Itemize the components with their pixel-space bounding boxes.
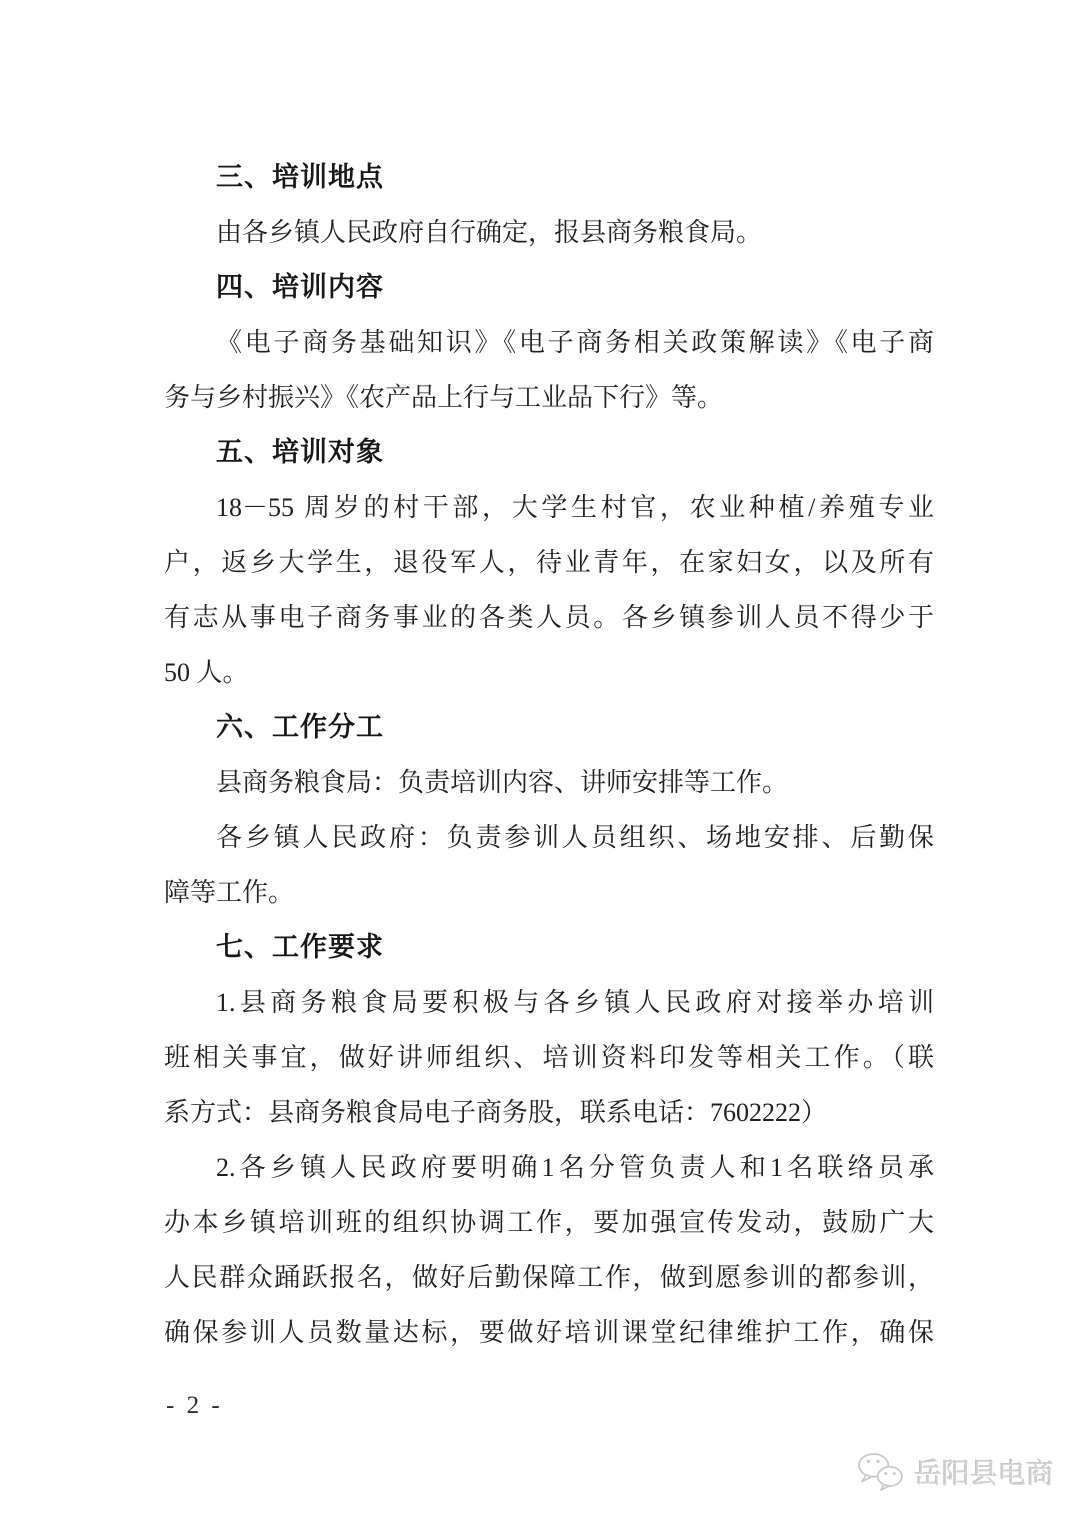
text-line: 确保参训人员数量达标，要做好培训课堂纪律维护工作，确保	[164, 1305, 934, 1360]
text-line: 1.县商务粮食局要积极与各乡镇人民政府对接举办培训	[164, 975, 934, 1030]
section-heading: 七、工作要求	[164, 920, 934, 975]
watermark-label: 岳阳县电商	[914, 1452, 1054, 1492]
text-line: 七、工作要求	[164, 920, 934, 975]
text-line: 由各乡镇人民政府自行确定，报县商务粮食局。	[164, 205, 934, 260]
text-line: 2.各乡镇人民政府要明确1名分管负责人和1名联络员承	[164, 1140, 934, 1195]
paragraph: 《电子商务基础知识》《电子商务相关政策解读》《电子商务与乡村振兴》《农产品上行与…	[164, 315, 934, 425]
text-line: 各乡镇人民政府：负责参训人员组织、场地安排、后勤保	[164, 810, 934, 865]
paragraph: 由各乡镇人民政府自行确定，报县商务粮食局。	[164, 205, 934, 260]
text-line: 六、工作分工	[164, 700, 934, 755]
section-heading: 三、培训地点	[164, 150, 934, 205]
section-heading: 四、培训内容	[164, 260, 934, 315]
paragraph: 2.各乡镇人民政府要明确1名分管负责人和1名联络员承办本乡镇培训班的组织协调工作…	[164, 1140, 934, 1360]
watermark: 岳阳县电商	[856, 1450, 1054, 1494]
text-line: 障等工作。	[164, 865, 934, 920]
paragraph: 1.县商务粮食局要积极与各乡镇人民政府对接举办培训班相关事宜，做好讲师组织、培训…	[164, 975, 934, 1140]
text-line: 三、培训地点	[164, 150, 934, 205]
text-line: 班相关事宜，做好讲师组织、培训资料印发等相关工作。（联	[164, 1030, 934, 1085]
text-line: 五、培训对象	[164, 425, 934, 480]
text-line: 有志从事电子商务事业的各类人员。各乡镇参训人员不得少于	[164, 590, 934, 645]
document-body: 三、培训地点由各乡镇人民政府自行确定，报县商务粮食局。四、培训内容《电子商务基础…	[164, 150, 934, 1360]
section-heading: 六、工作分工	[164, 700, 934, 755]
text-line: 人民群众踊跃报名，做好后勤保障工作，做到愿参训的都参训，	[164, 1250, 934, 1305]
paragraph: 18－55 周岁的村干部，大学生村官，农业种植/养殖专业户，返乡大学生，退役军人…	[164, 480, 934, 700]
text-line: 18－55 周岁的村干部，大学生村官，农业种植/养殖专业	[164, 480, 934, 535]
text-line: 县商务粮食局：负责培训内容、讲师安排等工作。	[164, 755, 934, 810]
text-line: 办本乡镇培训班的组织协调工作，要加强宣传发动，鼓励广大	[164, 1195, 934, 1250]
paragraph: 县商务粮食局：负责培训内容、讲师安排等工作。	[164, 755, 934, 810]
text-line: 四、培训内容	[164, 260, 934, 315]
text-line: 系方式：县商务粮食局电子商务股，联系电话：7602222）	[164, 1085, 934, 1140]
paragraph: 各乡镇人民政府：负责参训人员组织、场地安排、后勤保障等工作。	[164, 810, 934, 920]
wechat-icon	[856, 1450, 906, 1494]
text-line: 户，返乡大学生，退役军人，待业青年，在家妇女，以及所有	[164, 535, 934, 590]
document-page: 三、培训地点由各乡镇人民政府自行确定，报县商务粮食局。四、培训内容《电子商务基础…	[0, 0, 1080, 1526]
text-line: 务与乡村振兴》《农产品上行与工业品下行》等。	[164, 370, 934, 425]
section-heading: 五、培训对象	[164, 425, 934, 480]
page-number: - 2 -	[166, 1392, 223, 1420]
text-line: 50 人。	[164, 645, 934, 700]
text-line: 《电子商务基础知识》《电子商务相关政策解读》《电子商	[164, 315, 934, 370]
